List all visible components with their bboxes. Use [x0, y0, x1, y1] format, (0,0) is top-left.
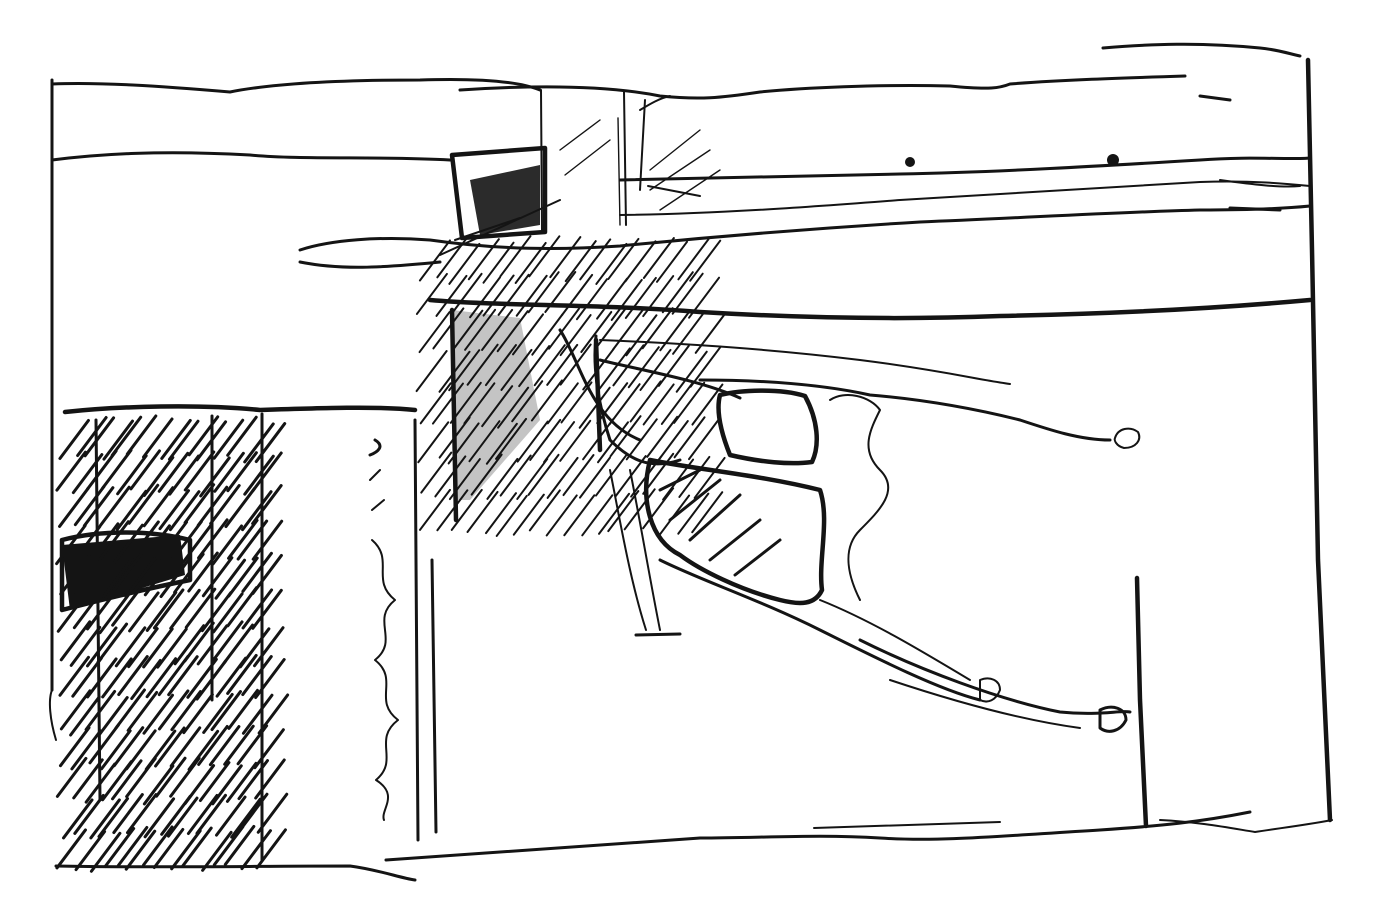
zigzag-wall [370, 420, 436, 840]
central-pier [541, 90, 720, 230]
legs-and-feet [610, 470, 1130, 731]
reclining-figure [452, 310, 1139, 603]
overhead-beam [52, 153, 1310, 318]
left-shaded-doorway [57, 406, 415, 871]
ink-sketch [0, 0, 1400, 912]
right-post [1137, 578, 1146, 826]
